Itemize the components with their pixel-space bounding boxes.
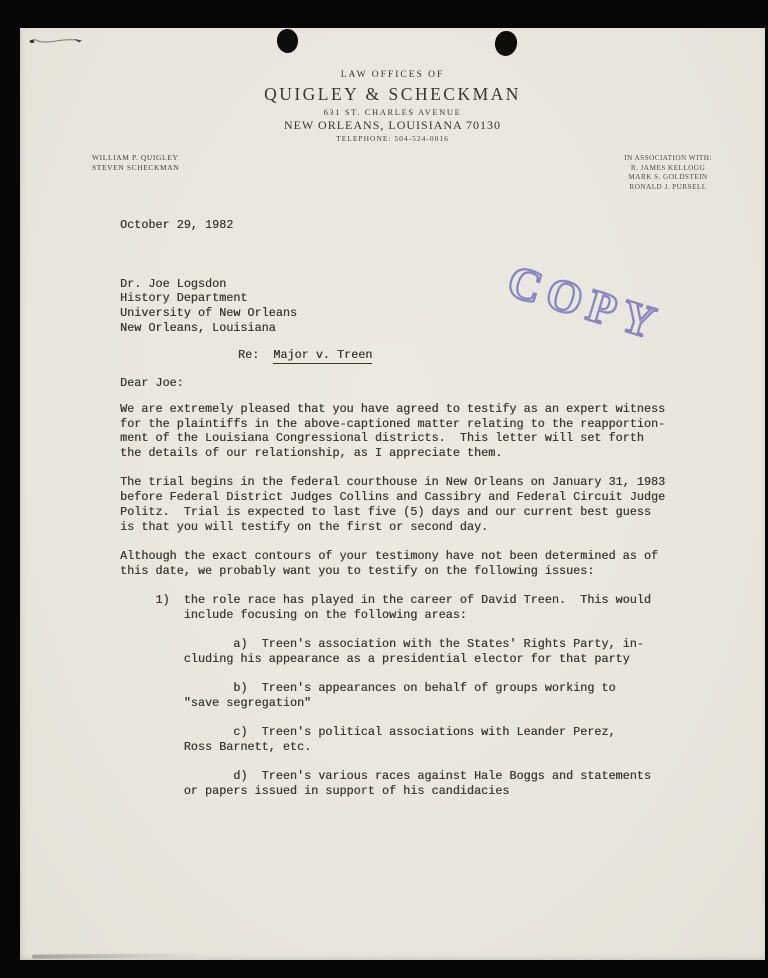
attorney-name: WILLIAM P. QUIGLEY — [92, 153, 179, 163]
list-item-1a: a) Treen's association with the States' … — [120, 637, 700, 666]
pen-mark-scribble — [28, 35, 88, 47]
letter-body: October 29, 1982 Dr. Joe Logsdon History… — [120, 218, 700, 813]
letterhead-firm-name: QUIGLEY & SCHECKMAN — [20, 84, 765, 105]
paragraph-trial: The trial begins in the federal courthou… — [120, 475, 700, 534]
list-item-1d: d) Treen's various races against Hale Bo… — [120, 769, 700, 798]
letter-date: October 29, 1982 — [120, 218, 700, 233]
association-name: R. JAMES KELLOGG — [596, 163, 740, 173]
attorney-name: STEVEN SCHECKMAN — [92, 163, 179, 173]
list-item-1b: b) Treen's appearances on behalf of grou… — [120, 681, 700, 710]
letterhead-phone: TELEPHONE: 504-524-0016 — [20, 134, 765, 143]
association-name: RONALD J. PURSELL — [596, 182, 740, 192]
recipient-address-block: Dr. Joe Logsdon History Department Unive… — [120, 277, 700, 336]
punch-hole-left — [275, 28, 299, 55]
scan-smudge — [32, 953, 202, 958]
letterhead-city-line: NEW ORLEANS, LOUISIANA 70130 — [20, 118, 765, 133]
association-heading: IN ASSOCIATION WITH: — [596, 153, 740, 163]
list-item-1: 1) the role race has played in the caree… — [120, 593, 700, 622]
letterhead-association-block: IN ASSOCIATION WITH: R. JAMES KELLOGG MA… — [596, 153, 740, 191]
letter-paper: LAW OFFICES OF QUIGLEY & SCHECKMAN 631 S… — [20, 28, 765, 960]
association-name: MARK S. GOLDSTEIN — [596, 172, 740, 182]
scanned-letter-page: LAW OFFICES OF QUIGLEY & SCHECKMAN 631 S… — [0, 0, 768, 978]
salutation: Dear Joe: — [120, 376, 700, 391]
letterhead-street-address: 631 ST. CHARLES AVENUE — [20, 107, 765, 117]
punch-hole-right — [494, 30, 518, 57]
re-label: Re: — [238, 348, 259, 362]
letterhead-offices-line: LAW OFFICES OF — [20, 70, 765, 80]
re-line: Re:Major v. Treen — [238, 348, 700, 363]
list-item-1c: c) Treen's political associations with L… — [120, 725, 700, 754]
paragraph-issues: Although the exact contours of your test… — [120, 549, 700, 578]
letterhead-attorneys: WILLIAM P. QUIGLEY STEVEN SCHECKMAN — [92, 153, 179, 172]
case-name: Major v. Treen — [273, 348, 372, 364]
paragraph-intro: We are extremely pleased that you have a… — [120, 402, 700, 461]
